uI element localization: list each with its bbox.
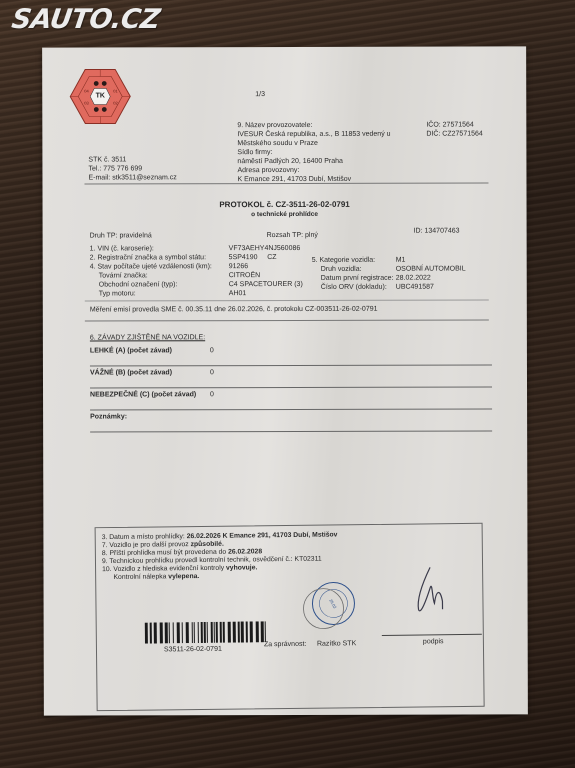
page-number: 1/3 [255, 90, 265, 99]
vin-label: 1. VIN (č. karoserie): [90, 244, 212, 253]
hq-label: Sídlo firmy: [237, 148, 390, 157]
signature-icon [406, 559, 457, 620]
stk-number: STK č. 3511 [88, 155, 176, 164]
inspection-type: Druh TP: pravidelná [90, 231, 152, 240]
category-label: 5. Kategorie vozidla: [312, 256, 394, 265]
first-registration-value: 28.02.2022 [396, 274, 466, 283]
summary-lines: 3. Datum a místo prohlídky: 26.02.2026 K… [102, 531, 338, 582]
divider [84, 182, 488, 184]
orv-label: Číslo ORV (dokladu): [312, 283, 394, 292]
svg-text:02: 02 [113, 100, 118, 105]
category-value: M1 [396, 256, 466, 265]
sauto-watermark-logo: SAUTO.CZ [10, 4, 162, 35]
svg-text:01: 01 [113, 88, 118, 93]
notes-row: Poznámky: [90, 408, 492, 432]
inspection-scope: Rozsah TP: plný [267, 231, 318, 240]
stk-phone: Tel.: 775 776 699 [88, 164, 176, 173]
signature-line [382, 634, 482, 636]
operator-label: 9. Název provozovatele: [237, 121, 390, 130]
operator-info: 9. Název provozovatele: IVESUR Česká rep… [237, 121, 390, 184]
defect-row-dangerous: NEBEZPEČNÉ (C) (počet závad) 0 [90, 386, 492, 410]
barcode-icon [145, 621, 269, 643]
orv-value: UBC491587 [396, 283, 466, 292]
vehicle-labels: 1. VIN (č. karoserie): 2. Registrační zn… [90, 244, 212, 298]
ico: IČO: 27571564 [426, 120, 482, 129]
stamp-label: Razítko STK [317, 639, 356, 648]
svg-text:26.02: 26.02 [328, 598, 338, 610]
za-spravnost-label: Za správnost: [264, 640, 307, 649]
protocol-id: ID: 134707463 [414, 227, 460, 236]
svg-text:04: 04 [84, 89, 89, 94]
odometer-value: 91266 [229, 262, 303, 271]
model-label: Obchodní označení (typ): [90, 280, 212, 289]
defects-heading: 6. ZÁVADY ZJIŠTĚNÉ NA VOZIDLE: [90, 333, 205, 342]
vehicle-category-labels: 5. Kategorie vozidla: Druh vozidla: Datu… [312, 256, 394, 292]
emissions-note: Měření emisí provedla SME č. 00.35.11 dn… [90, 305, 378, 315]
vehicle-category-values: M1 OSOBNÍ AUTOMOBIL 28.02.2022 UBC491587 [396, 256, 466, 292]
odometer-label: 4. Stav počítače ujeté vzdálenosti (km): [90, 262, 212, 271]
defect-count: 0 [210, 368, 214, 377]
operator-name-cont: Městského soudu v Praze [237, 139, 390, 148]
first-registration-label: Datum první registrace: [312, 274, 394, 283]
tk-hexagon-sticker-icon: TK 04 01 03 02 [69, 68, 131, 124]
protocol-title: PROTOKOL č. CZ-3511-26-02-0791 [43, 199, 527, 209]
hq-address: náměstí Padlých 20, 16400 Praha [237, 157, 390, 166]
notes-label: Poznámky: [90, 412, 127, 421]
divider [85, 299, 489, 301]
make-label: Tovární značka: [90, 271, 212, 280]
vehicle-kind-value: OSOBNÍ AUTOMOBIL [396, 265, 466, 274]
plate-label: 2. Registrační značka a symbol státu: [90, 253, 212, 262]
vehicle-values: VF73AEHY4NJ560086 5SP4190 CZ 91266 CITRO… [229, 244, 303, 298]
signature-label: podpis [423, 637, 444, 646]
stk-contact: STK č. 3511 Tel.: 775 776 699 E-mail: st… [88, 155, 176, 182]
site-label: Adresa provozovny: [237, 166, 390, 175]
stk-email: E-mail: stk3511@seznam.cz [88, 173, 176, 182]
defect-label: NEBEZPEČNÉ (C) (počet závad) [90, 390, 196, 399]
engine-label: Typ motoru: [90, 289, 212, 298]
svg-text:03: 03 [84, 101, 89, 106]
dic: DIČ: CZ27571564 [426, 129, 482, 138]
model-value: C4 SPACETOURER (3) [229, 280, 303, 289]
engine-value: AH01 [229, 289, 303, 298]
vin-value: VF73AEHY4NJ560086 [229, 244, 303, 253]
inspection-protocol-document: TK 04 01 03 02 1/3 9. Název provozovatel… [42, 46, 528, 715]
divider [85, 319, 489, 321]
inspection-summary-box: 3. Datum a místo prohlídky: 26.02.2026 K… [95, 523, 485, 711]
defect-row-light: LEHKÉ (A) (počet závad) 0 [90, 342, 492, 366]
defect-label: LEHKÉ (A) (počet závad) [90, 346, 172, 355]
barcode-text: S3511-26-02-0791 [164, 645, 222, 655]
plate-value: 5SP4190 CZ [229, 253, 303, 262]
svg-text:TK: TK [96, 92, 105, 99]
defect-count: 0 [210, 390, 214, 399]
defect-count: 0 [210, 346, 214, 355]
defect-row-serious: VÁŽNÉ (B) (počet závad) 0 [90, 364, 492, 388]
stk-stamp-icon: 26.02 [301, 575, 362, 636]
defect-label: VÁŽNÉ (B) (počet závad) [90, 368, 172, 377]
operator-name: IVESUR Česká republika, a.s., B 11853 ve… [237, 130, 390, 139]
company-ids: IČO: 27571564 DIČ: CZ27571564 [426, 120, 482, 138]
protocol-subtitle: o technické prohlídce [43, 209, 527, 219]
vehicle-kind-label: Druh vozidla: [312, 265, 394, 274]
make-value: CITROËN [229, 271, 303, 280]
